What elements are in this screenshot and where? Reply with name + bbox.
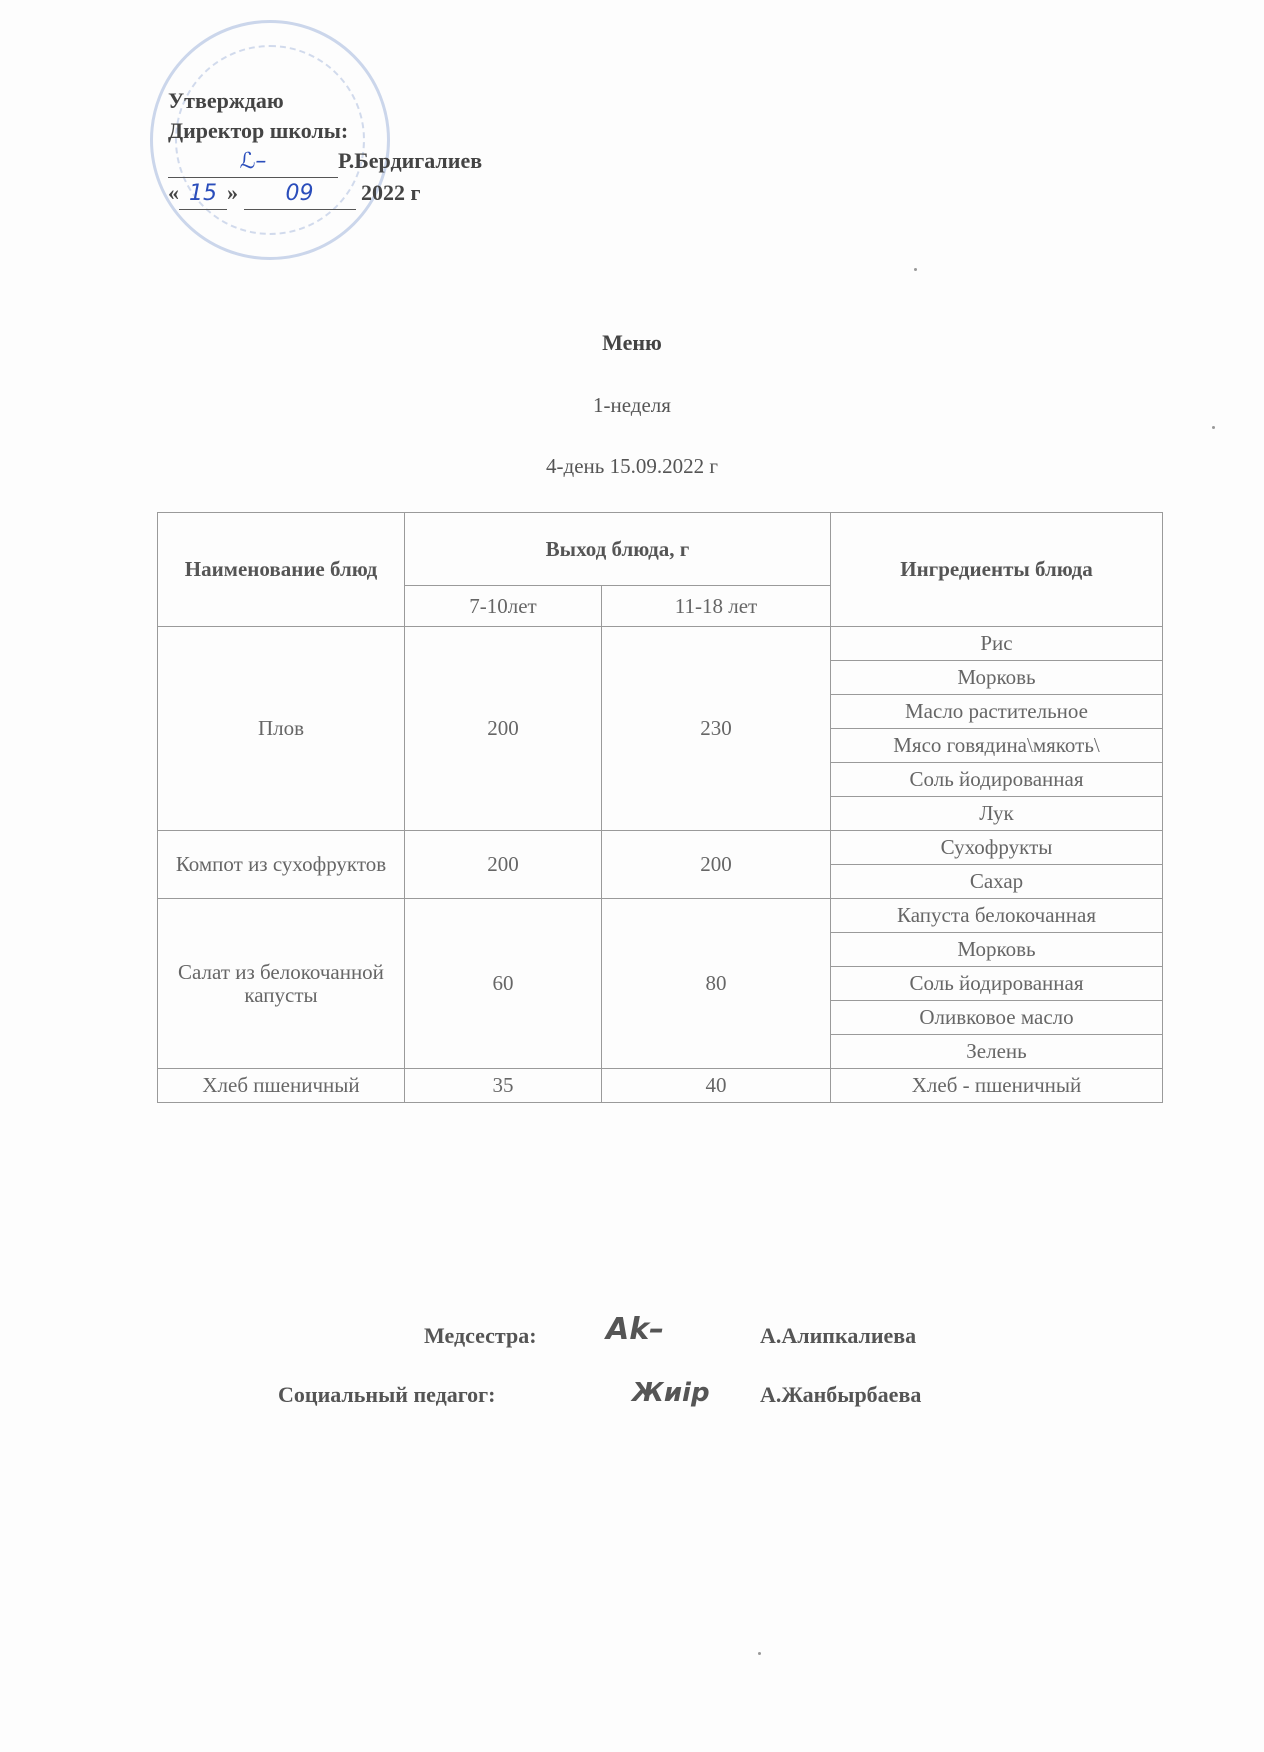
- ingredient-cell: Хлеб - пшеничный: [831, 1069, 1163, 1103]
- portion-11-18-cell: 80: [602, 899, 831, 1069]
- menu-table: Наименование блюд Выход блюда, г Ингреди…: [157, 512, 1163, 1103]
- ingredient-cell: Сахар: [831, 865, 1163, 899]
- table-row: Плов200230Рис: [158, 627, 1163, 661]
- director-signature-line: ℒ–Р.Бердигалиев: [168, 146, 482, 178]
- header-output: Выход блюда, г: [405, 513, 831, 586]
- social-pedagogue-name: А.Жанбырбаева: [760, 1382, 921, 1408]
- ingredient-cell: Масло растительное: [831, 695, 1163, 729]
- portion-11-18-cell: 200: [602, 831, 831, 899]
- portion-7-10-cell: 35: [405, 1069, 602, 1103]
- ingredient-cell: Морковь: [831, 933, 1163, 967]
- nurse-signature: Ak–: [606, 1312, 664, 1347]
- ingredient-cell: Сухофрукты: [831, 831, 1163, 865]
- table-row: Компот из сухофруктов200200Сухофрукты: [158, 831, 1163, 865]
- table-row: Салат из белокочанной капусты6080Капуста…: [158, 899, 1163, 933]
- approval-block: Утверждаю Директор школы: ℒ–Р.Бердигалие…: [168, 86, 482, 210]
- approval-position: Директор школы:: [168, 116, 482, 146]
- scan-speck: [758, 1652, 761, 1655]
- ingredient-cell: Рис: [831, 627, 1163, 661]
- date-month: 09: [244, 179, 356, 210]
- date-year: 2022 г: [361, 180, 421, 205]
- date-close-quote: »: [227, 180, 238, 205]
- portion-11-18-cell: 40: [602, 1069, 831, 1103]
- header-age-11-18: 11-18 лет: [602, 586, 831, 627]
- social-pedagogue-label: Социальный педагог:: [278, 1382, 495, 1408]
- date-open-quote: «: [168, 180, 179, 205]
- director-signature: ℒ–: [168, 147, 338, 178]
- director-name: Р.Бердигалиев: [338, 148, 482, 173]
- week-label: 1-неделя: [0, 393, 1264, 418]
- social-pedagogue-signature: Жиip: [632, 1378, 710, 1408]
- dish-name-cell: Салат из белокочанной капусты: [158, 899, 405, 1069]
- header-age-7-10: 7-10лет: [405, 586, 602, 627]
- header-ingredients: Ингредиенты блюда: [831, 513, 1163, 627]
- dish-name-cell: Компот из сухофруктов: [158, 831, 405, 899]
- dish-name-cell: Плов: [158, 627, 405, 831]
- page-title: Меню: [0, 330, 1264, 356]
- ingredient-cell: Соль йодированная: [831, 763, 1163, 797]
- dish-name-cell: Хлеб пшеничный: [158, 1069, 405, 1103]
- date-day: 15: [179, 179, 227, 210]
- table-row: Хлеб пшеничный3540Хлеб - пшеничный: [158, 1069, 1163, 1103]
- portion-7-10-cell: 200: [405, 831, 602, 899]
- ingredient-cell: Оливковое масло: [831, 1001, 1163, 1035]
- portion-7-10-cell: 60: [405, 899, 602, 1069]
- ingredient-cell: Зелень: [831, 1035, 1163, 1069]
- ingredient-cell: Лук: [831, 797, 1163, 831]
- approval-title: Утверждаю: [168, 86, 482, 116]
- header-dish-name: Наименование блюд: [158, 513, 405, 627]
- ingredient-cell: Соль йодированная: [831, 967, 1163, 1001]
- day-label: 4-день 15.09.2022 г: [0, 454, 1264, 479]
- scan-speck: [1212, 426, 1215, 429]
- ingredient-cell: Морковь: [831, 661, 1163, 695]
- nurse-name: А.Алипкалиева: [760, 1323, 916, 1349]
- ingredient-cell: Мясо говядина\мякоть\: [831, 729, 1163, 763]
- portion-7-10-cell: 200: [405, 627, 602, 831]
- approval-date: «15» 09 2022 г: [168, 178, 482, 210]
- portion-11-18-cell: 230: [602, 627, 831, 831]
- nurse-label: Медсестра:: [424, 1323, 537, 1349]
- ingredient-cell: Капуста белокочанная: [831, 899, 1163, 933]
- scan-speck: [914, 268, 917, 271]
